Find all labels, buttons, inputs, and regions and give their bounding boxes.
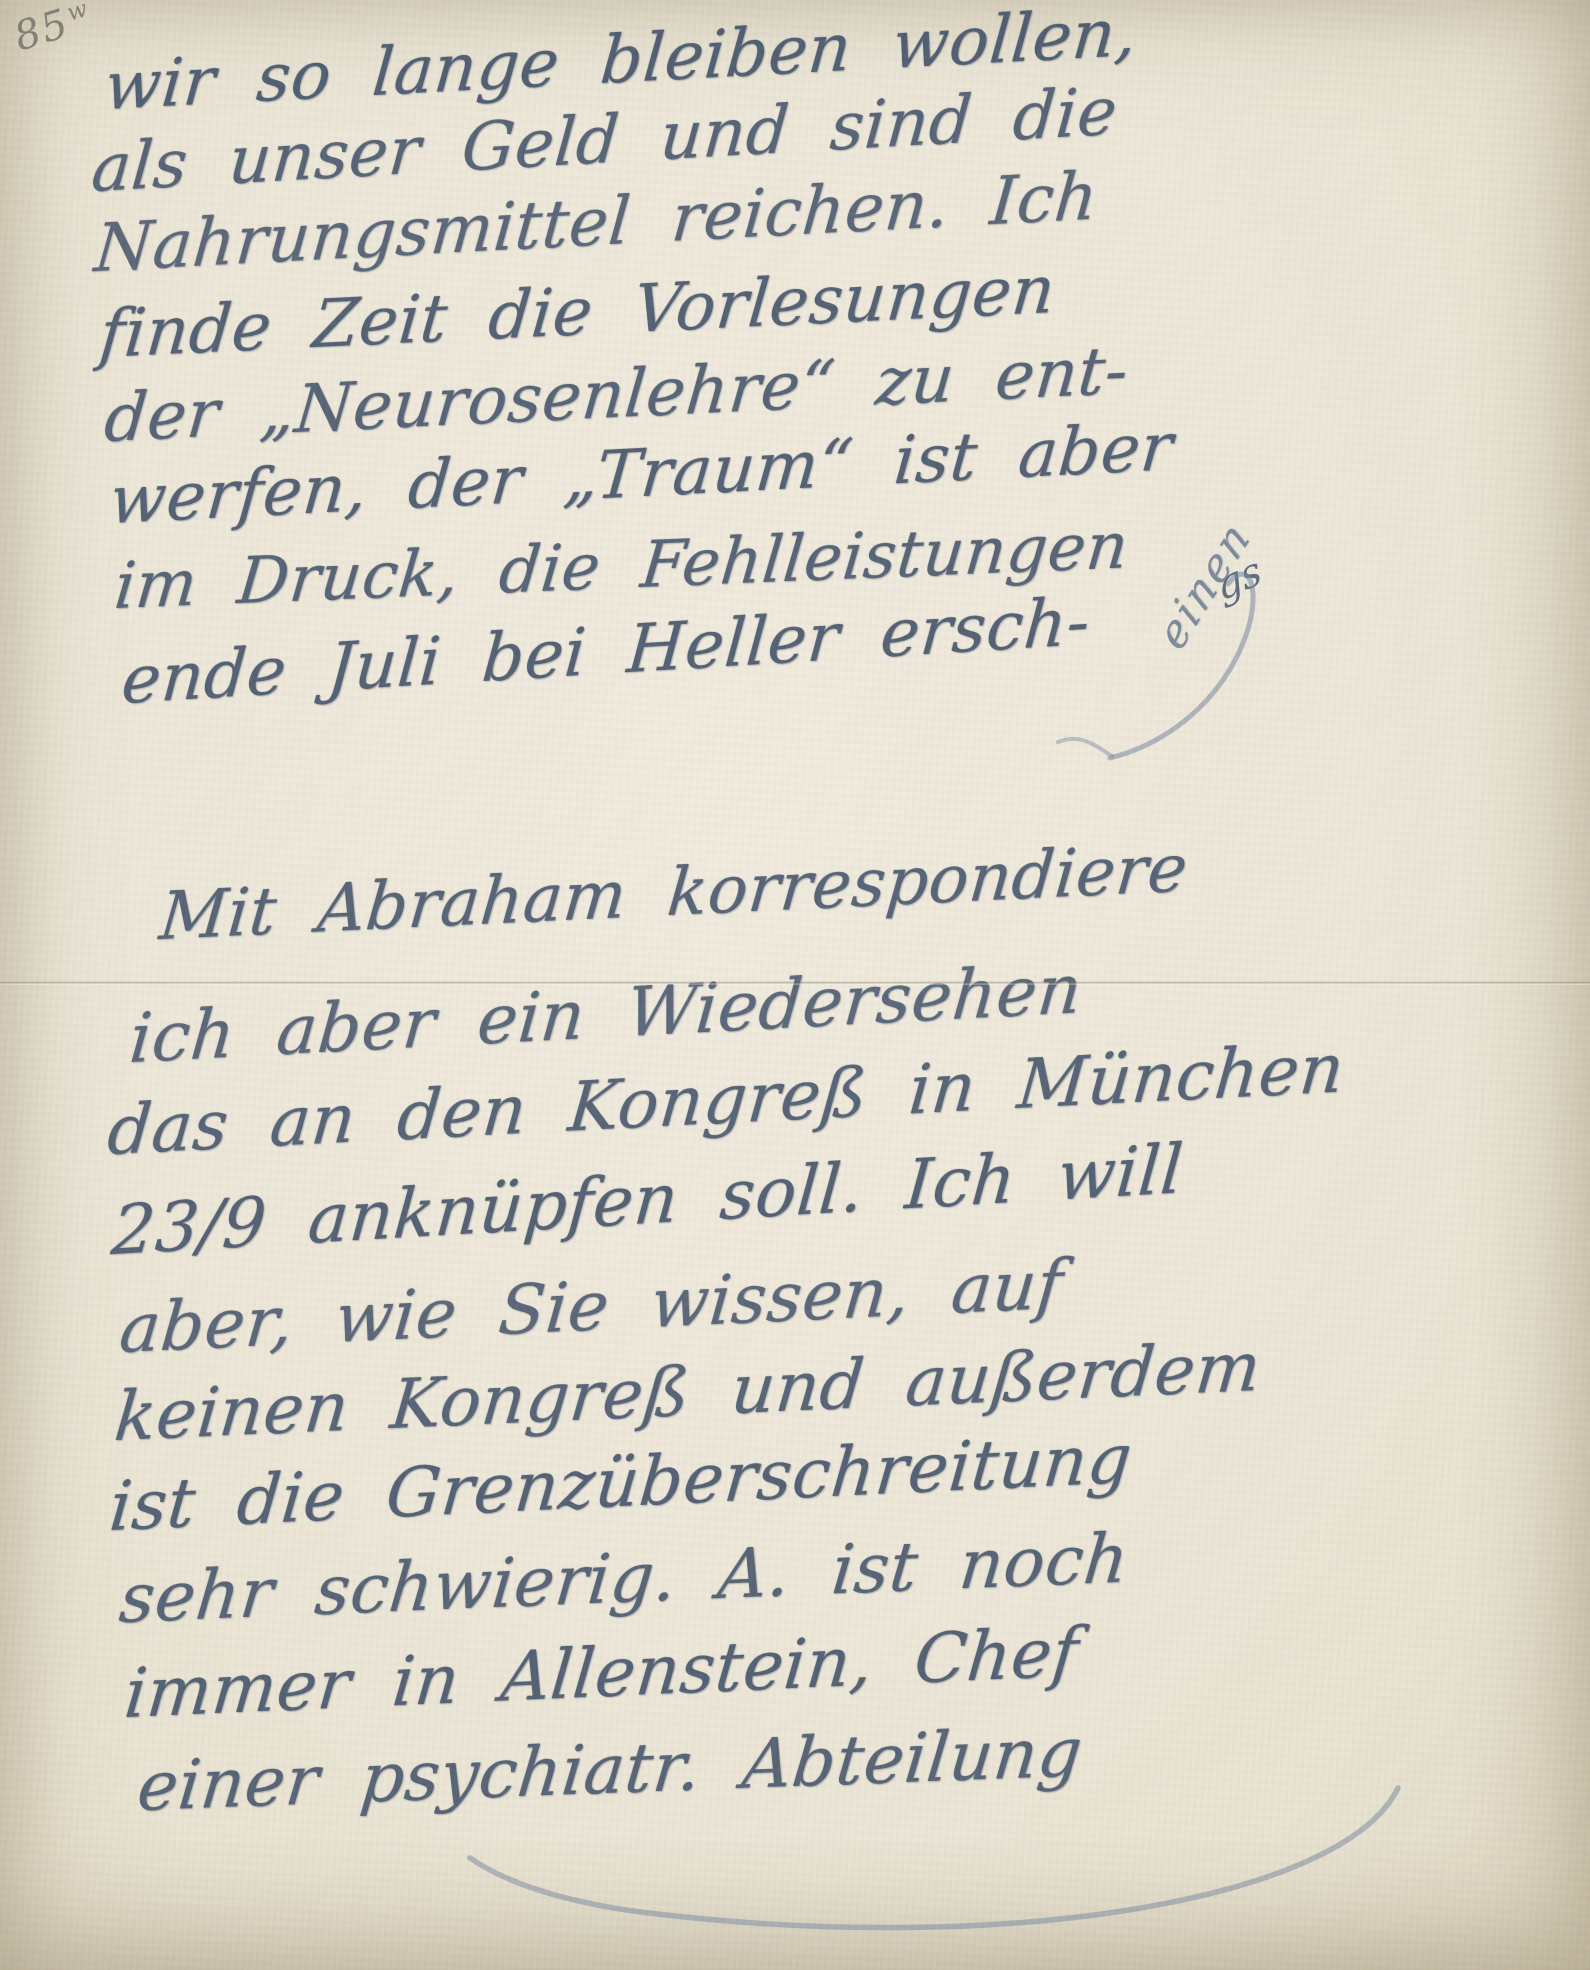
- handwriting-line: Mit Abraham korrespondiere: [156, 829, 1191, 955]
- letter-page: 85w wir so lange bleiben wollen, als uns…: [0, 0, 1590, 1970]
- handwritten-text: wir so lange bleiben wollen, als unser G…: [0, 0, 1590, 1970]
- handwriting-line: einer psychiatr. Abteilung: [134, 1713, 1086, 1827]
- fold-crease: [0, 981, 1590, 985]
